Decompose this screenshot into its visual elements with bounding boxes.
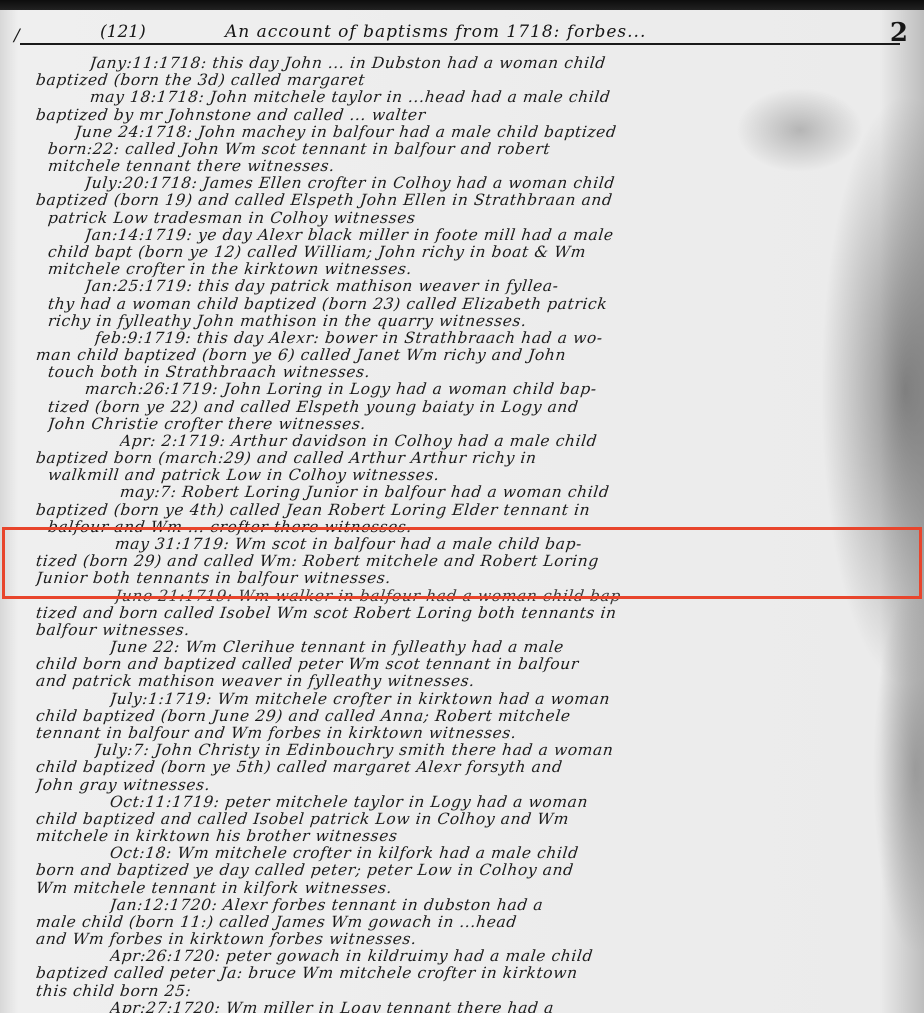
header-rule bbox=[20, 43, 900, 45]
register-line: feb:9:1719: this day Alexr: bower in Str… bbox=[94, 329, 604, 347]
register-line: Wm mitchele tennant in kilfork witnesses… bbox=[35, 879, 393, 897]
register-line: Apr: 2:1719: Arthur davidson in Colhoy h… bbox=[119, 432, 598, 450]
register-line: richy in fylleathy John mathison in the … bbox=[47, 312, 528, 330]
register-line: thy had a woman child baptized (born 23)… bbox=[47, 295, 608, 313]
register-line: man child baptized (born ye 6) called Ja… bbox=[35, 346, 567, 364]
register-line: born:22: called John Wm scot tennant in … bbox=[47, 140, 551, 158]
register-line: Oct:11:1719: peter mitchele taylor in Lo… bbox=[109, 793, 589, 811]
register-line: this child born 25: bbox=[35, 982, 192, 1000]
register-line: John gray witnesses. bbox=[35, 776, 211, 794]
folio-number: (121) bbox=[100, 22, 146, 42]
register-line: mitchele in kirktown his brother witness… bbox=[35, 827, 398, 845]
register-line: walkmill and patrick Low in Colhoy witne… bbox=[47, 466, 440, 484]
margin-mark: / bbox=[14, 26, 20, 46]
register-line: baptized called peter Ja: bruce Wm mitch… bbox=[35, 964, 579, 982]
register-line: mitchele crofter in the kirktown witness… bbox=[47, 260, 413, 278]
register-line: born and baptized ye day called peter; p… bbox=[35, 861, 575, 879]
highlighted-entry-box bbox=[2, 527, 922, 599]
register-line: tized (born ye 22) and called Elspeth yo… bbox=[47, 398, 579, 416]
register-line: male child (born 11:) called James Wm go… bbox=[35, 913, 518, 931]
register-line: baptized (born ye 4th) called Jean Rober… bbox=[35, 501, 591, 519]
register-line: Jan:25:1719: this day patrick mathison w… bbox=[84, 277, 560, 295]
register-line: Jany:11:1718: this day John ... in Dubst… bbox=[89, 54, 607, 72]
register-line: July:7: John Christy in Edinbouchry smit… bbox=[94, 741, 614, 759]
register-line: march:26:1719: John Loring in Logy had a… bbox=[84, 380, 598, 398]
register-line: July:1:1719: Wm mitchele crofter in kirk… bbox=[109, 690, 611, 708]
register-line: child born and baptized called peter Wm … bbox=[35, 655, 580, 673]
register-line: may 18:1718: John mitchele taylor in ...… bbox=[89, 88, 611, 106]
register-line: Jan:14:1719: ye day Alexr black miller i… bbox=[84, 226, 615, 244]
register-line: child baptized (born June 29) and called… bbox=[35, 707, 572, 725]
register-line: patrick Low tradesman in Colhoy witnesse… bbox=[47, 209, 417, 227]
register-line: July:20:1718: James Ellen crofter in Col… bbox=[84, 174, 616, 192]
register-line: Jan:12:1720: Alexr forbes tennant in dub… bbox=[109, 896, 544, 914]
register-line: baptized (born 19) and called Elspeth Jo… bbox=[35, 191, 613, 209]
register-line: John Christie crofter there witnesses. bbox=[47, 415, 367, 433]
page-title: An account of baptisms from 1718: forbes… bbox=[225, 22, 646, 42]
register-line: baptized born (march:29) and called Arth… bbox=[35, 449, 538, 467]
register-line: Oct:18: Wm mitchele crofter in kilfork h… bbox=[109, 844, 580, 862]
register-line: baptized by mr Johnstone and called ... … bbox=[35, 106, 427, 124]
register-line: tized and born called Isobel Wm scot Rob… bbox=[35, 604, 618, 622]
register-line: tennant in balfour and Wm forbes in kirk… bbox=[35, 724, 517, 742]
register-line: may:7: Robert Loring Junior in balfour h… bbox=[119, 483, 610, 501]
register-line: June 22: Wm Clerihue tennant in fylleath… bbox=[109, 638, 565, 656]
register-line: child baptized (born ye 5th) called marg… bbox=[35, 758, 563, 776]
register-line: touch both in Strathbraach witnesses. bbox=[47, 363, 371, 381]
register-page: / (121) An account of baptisms from 1718… bbox=[0, 10, 924, 1013]
register-line: child bapt (born ye 12) called William; … bbox=[47, 243, 587, 261]
register-line: baptized (born the 3d) called margaret bbox=[35, 71, 366, 89]
register-line: and Wm forbes in kirktown forbes witness… bbox=[35, 930, 418, 948]
register-line: Apr:27:1720: Wm miller in Logy tennant t… bbox=[109, 999, 555, 1013]
register-line: Apr:26:1720: peter gowach in kildruimy h… bbox=[109, 947, 594, 965]
register-line: balfour witnesses. bbox=[35, 621, 191, 639]
register-line: mitchele tennant there witnesses. bbox=[47, 157, 336, 175]
register-line: June 24:1718: John machey in balfour had… bbox=[74, 123, 617, 141]
page-header: / (121) An account of baptisms from 1718… bbox=[0, 20, 924, 44]
register-line: and patrick mathison weaver in fylleathy… bbox=[35, 672, 476, 690]
register-line: child baptized and called Isobel patrick… bbox=[35, 810, 570, 828]
